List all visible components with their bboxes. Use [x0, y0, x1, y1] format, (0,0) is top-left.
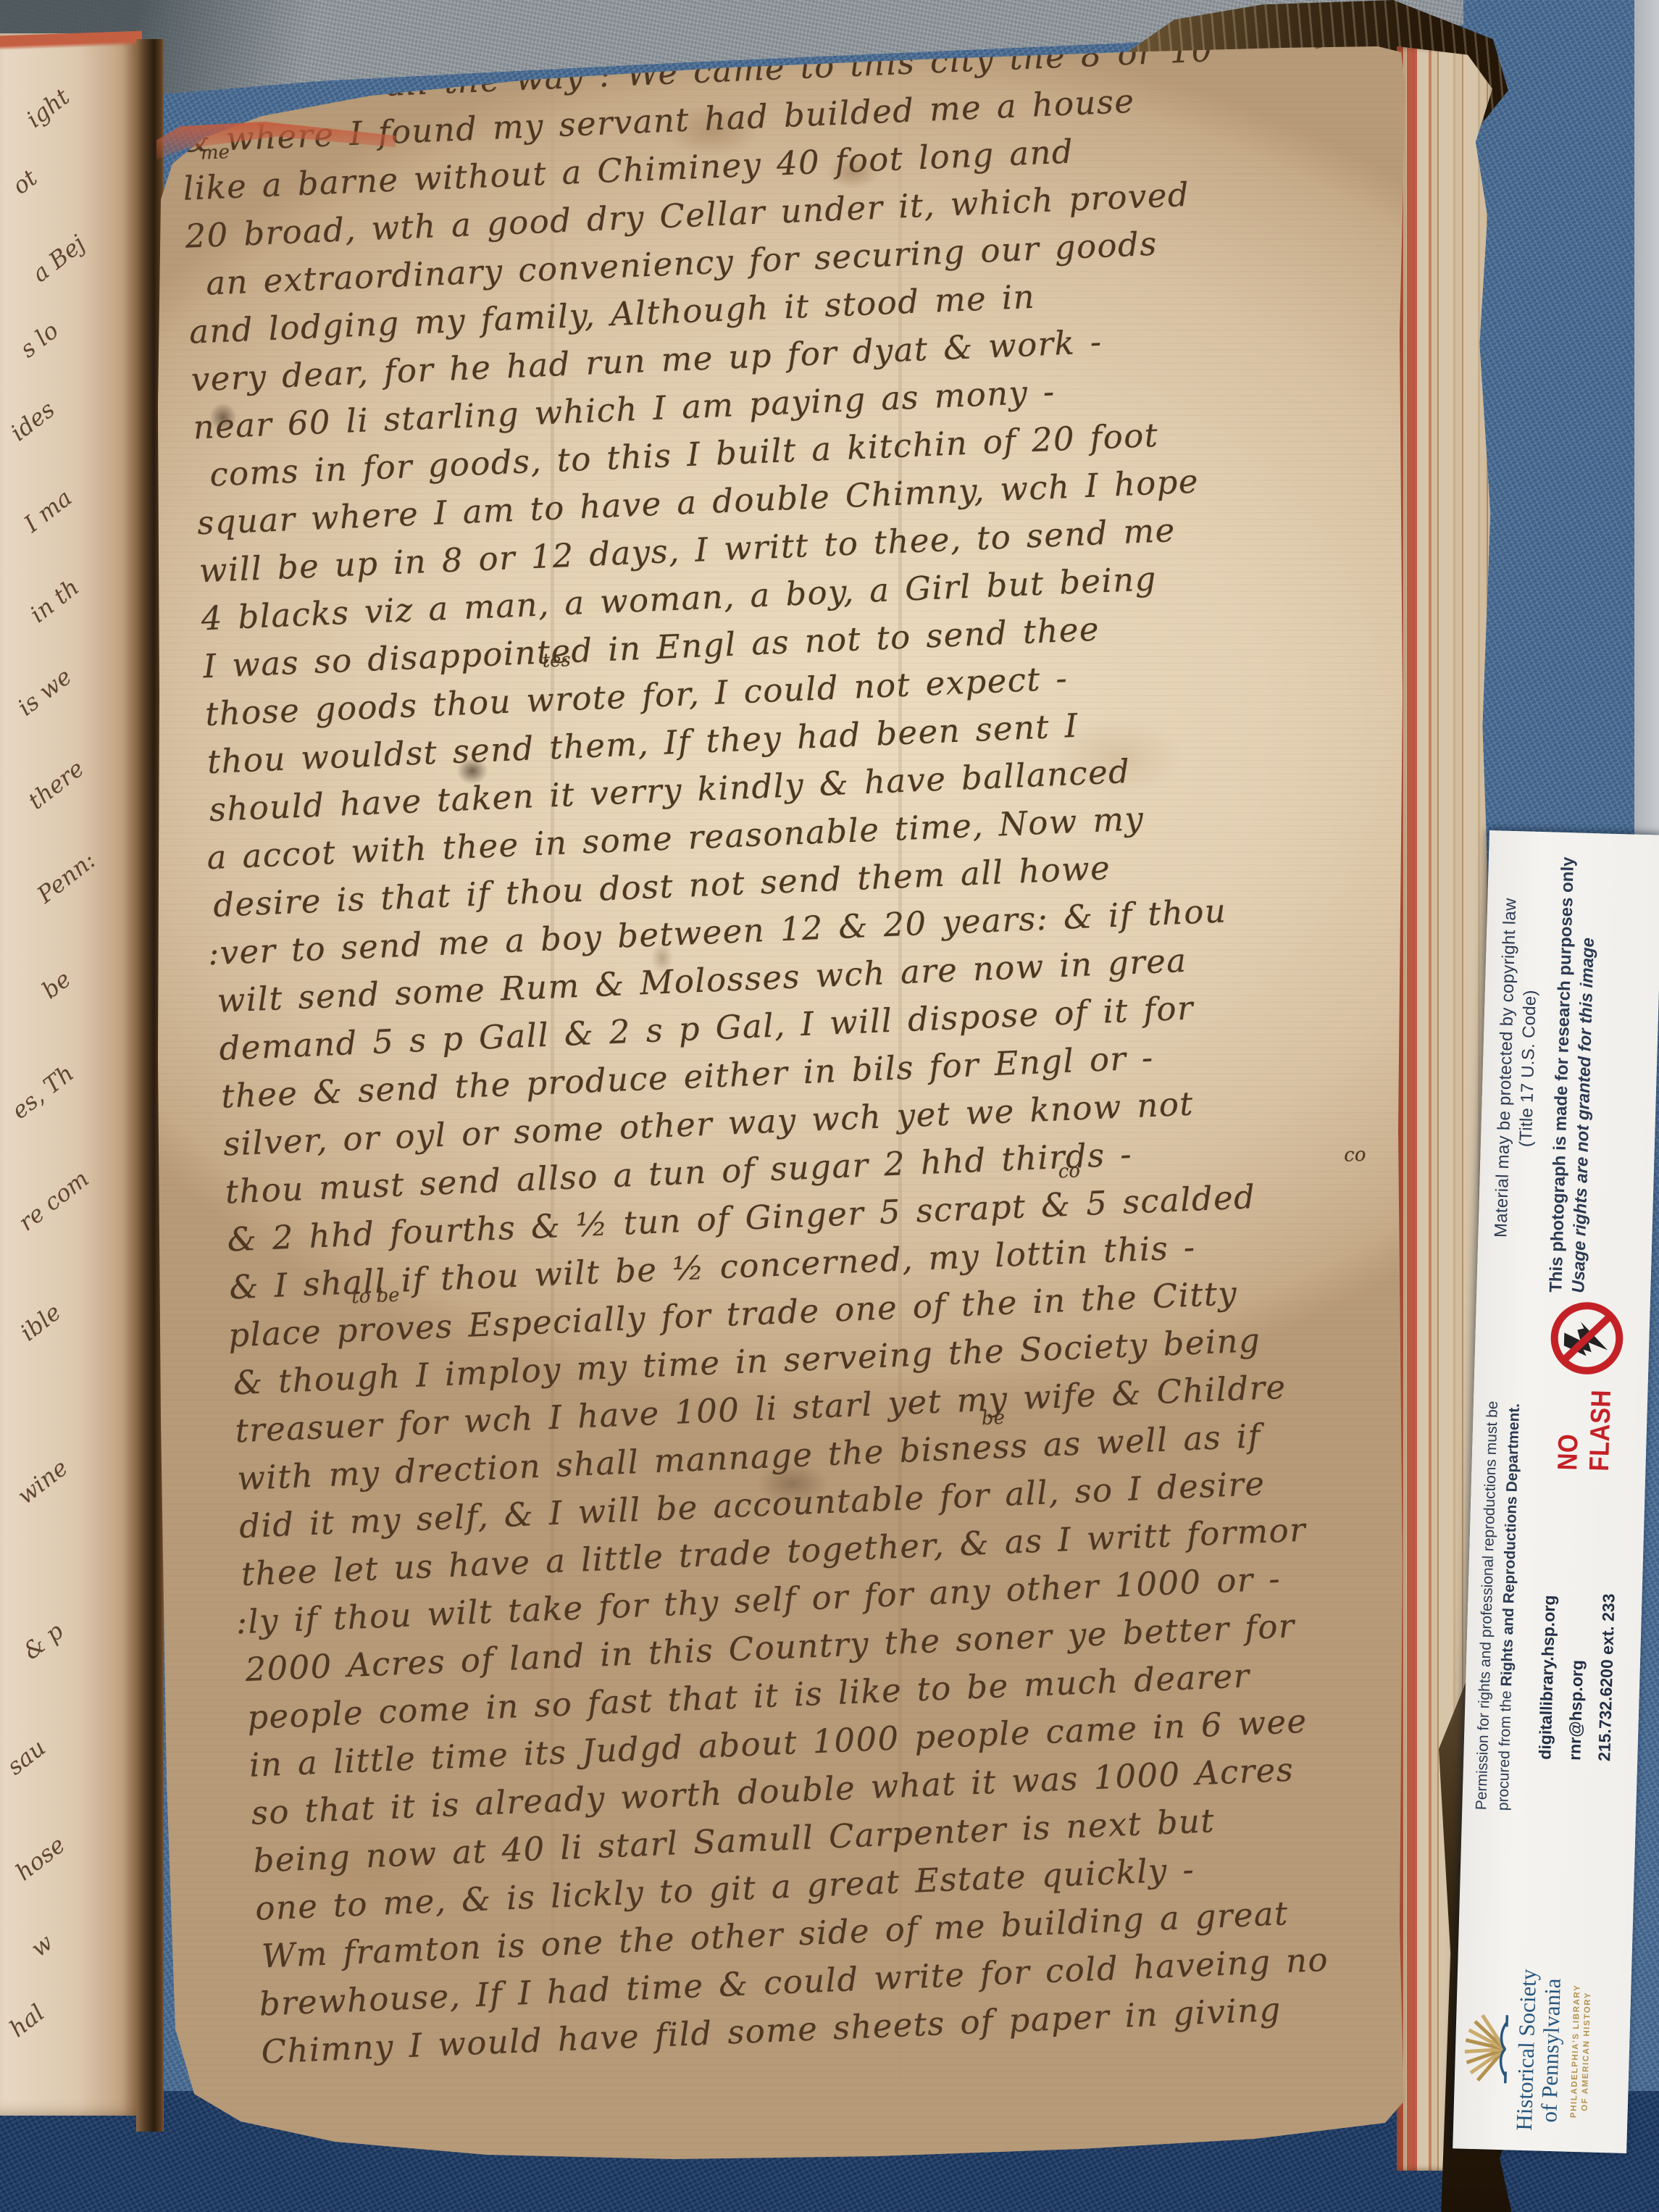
facing-page-fragment: hose	[10, 1831, 70, 1886]
facing-page-fragment: w	[25, 1929, 58, 1963]
interlinear-insert: co	[1344, 1144, 1366, 1166]
no-flash-warning: NO FLASH	[1532, 1303, 1638, 1472]
facing-page-fragment: be	[36, 965, 75, 1004]
interlinear-insert: co	[1058, 1160, 1080, 1182]
contact-info: digitallibrary.hsp.orgrnr@hsp.org215.732…	[1530, 1506, 1626, 1761]
facing-page-fragment: hal	[4, 1999, 50, 2043]
hsp-tagline: PHILADELPHIA'S LIBRARY OF AMERICAN HISTO…	[1568, 1961, 1595, 2142]
facing-page-fragment: re com	[13, 1165, 94, 1237]
facing-page-fragment: in th	[25, 573, 84, 628]
facing-page-fragment: sau	[1, 1734, 51, 1780]
facing-page-fragment: wine	[12, 1453, 72, 1509]
facing-page-fragment: there	[22, 754, 89, 814]
facing-page-fragment: & p	[18, 1617, 69, 1665]
facing-page-fragment: ides	[5, 396, 59, 447]
copyright-research-notice: Material may be protected by copyright l…	[1488, 844, 1602, 1293]
manuscript-page: our health all the way : We came to this…	[154, 43, 1423, 2176]
contact-line: 215.732.6200 ext. 233	[1589, 1507, 1626, 1761]
no-flash-icon	[1545, 1297, 1629, 1380]
background-wall-sliver	[1634, 0, 1659, 877]
hsp-name: Historical Society of Pennsylvania	[1512, 1959, 1566, 2142]
manuscript-text-block: our health all the way : We came to this…	[178, 18, 1493, 2077]
facing-page-edge: ightota Bejs loidesI main this wetherePe…	[0, 33, 142, 2116]
interlinear-insert: to be	[351, 1285, 401, 1309]
page-crease	[898, 29, 902, 2101]
rights-label-content: Historical Society of Pennsylvania PHILA…	[1453, 830, 1659, 2153]
permission-line2-prefix: procured from the	[1495, 1686, 1515, 1811]
permission-notice: Permission for rights and professional r…	[1471, 1317, 1528, 1811]
rights-label: Historical Society of Pennsylvania PHILA…	[1453, 830, 1659, 2153]
interlinear-insert: be	[981, 1407, 1005, 1430]
hsp-logo: Historical Society of Pennsylvania PHILA…	[1460, 1958, 1595, 2142]
facing-page-fragment: ot	[7, 164, 43, 200]
facing-page-fragment: a Bej	[27, 230, 91, 288]
facing-page-fragment: es, Th	[7, 1059, 79, 1124]
interlinear-insert: tes	[542, 649, 571, 672]
hsp-sunburst-icon	[1461, 1994, 1510, 2104]
facing-page-fragment: ible	[15, 1298, 67, 1347]
page-crease	[551, 29, 554, 2101]
manuscript-lines: our health all the way : We came to this…	[178, 18, 1493, 2077]
facing-page-fragment: Penn:	[32, 846, 101, 909]
facing-page-fragment: s lo	[14, 317, 64, 363]
no-flash-text: NO FLASH	[1552, 1388, 1618, 1472]
facing-page-fragment: ight	[21, 83, 75, 133]
facing-page-fragment: I ma	[19, 484, 77, 538]
facing-page-fragment: is we	[12, 662, 77, 721]
hsp-name-line2: of Pennsylvania	[1537, 1960, 1566, 2142]
manuscript-photo: ightota Bejs loidesI main this wetherePe…	[0, 0, 1659, 2212]
